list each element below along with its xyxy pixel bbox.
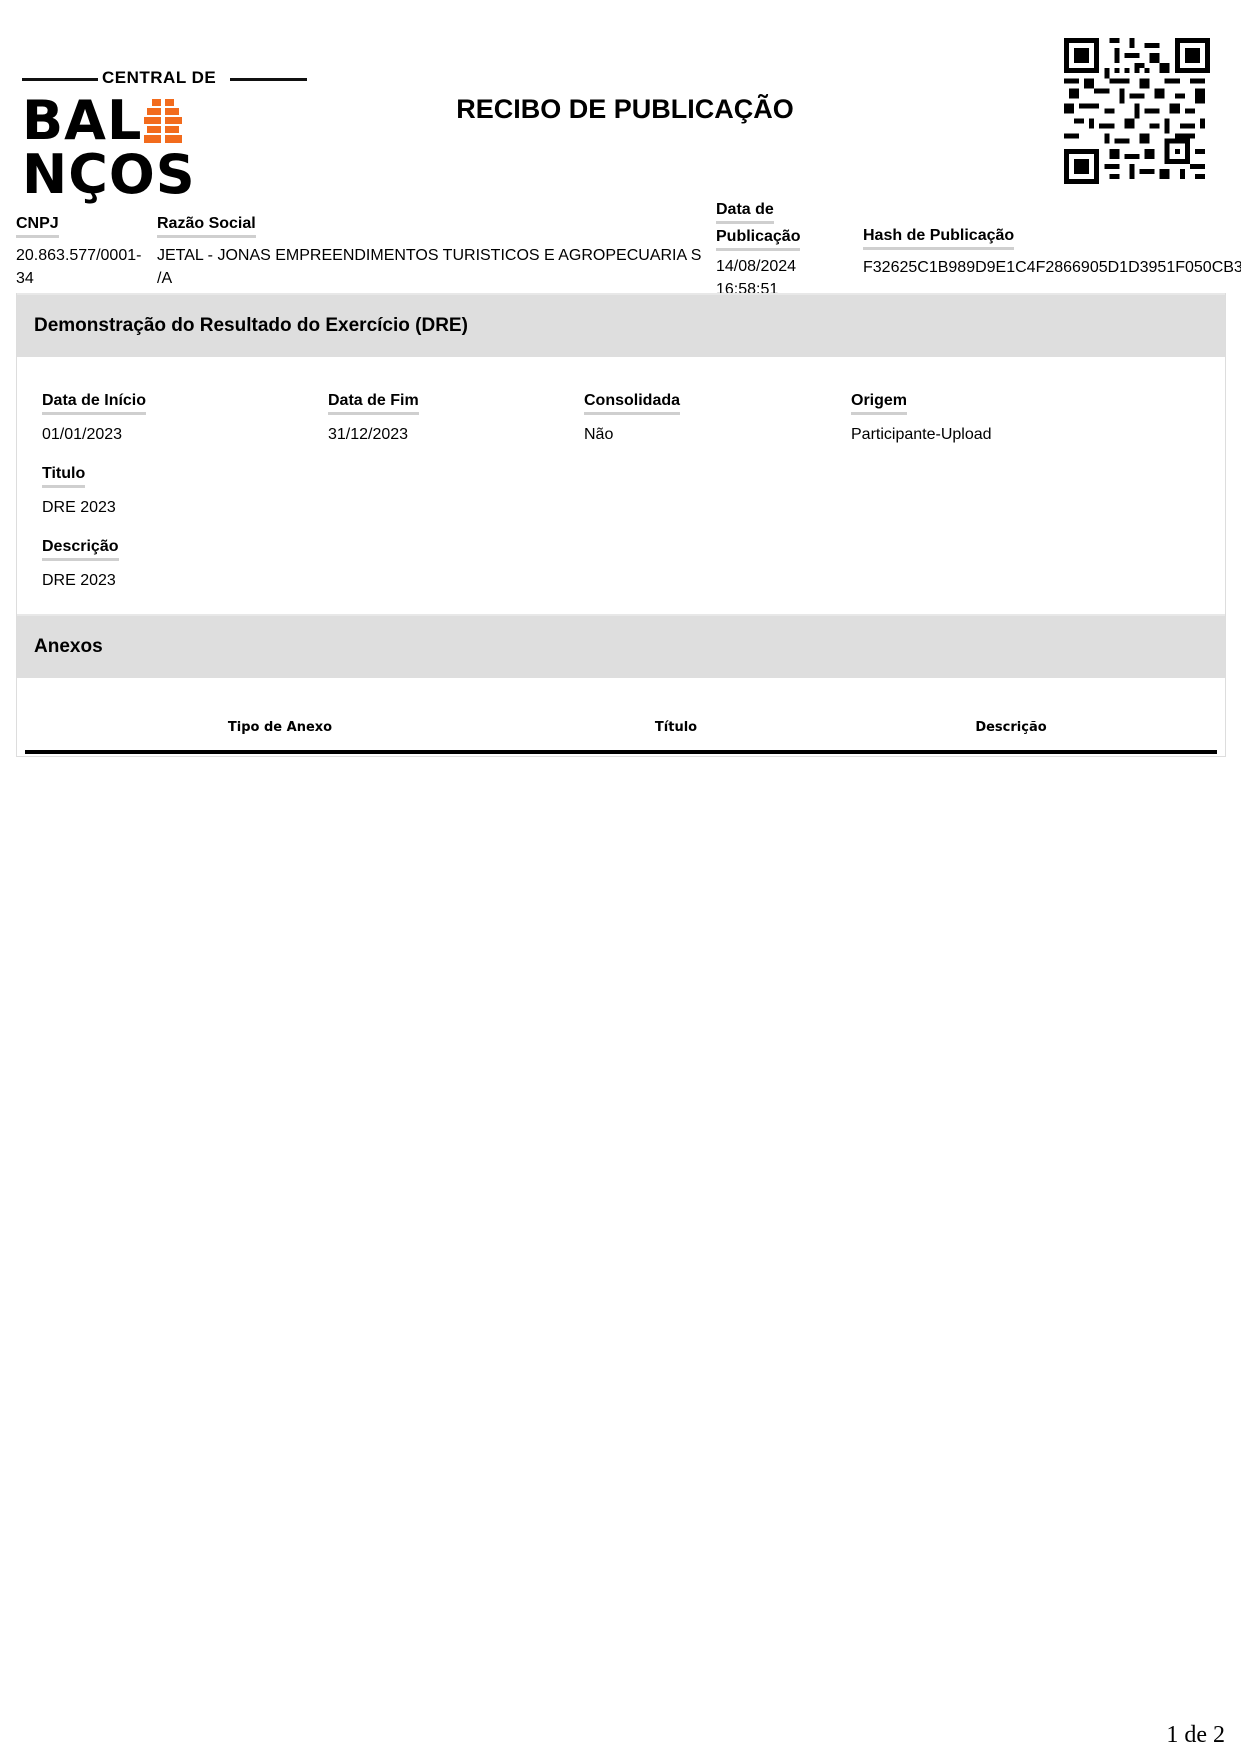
publication-meta: CNPJ 20.863.577/0001- 34 Razão Social JE…: [16, 214, 1226, 294]
anexos-section: Anexos Tipo de Anexo Título Descrição: [16, 614, 1226, 757]
qr-code-icon: [1064, 38, 1210, 184]
logo-text-right: NÇOS: [22, 143, 196, 206]
data-fim-field: Data de Fim 31/12/2023: [328, 391, 419, 446]
hash-label: Hash de Publicação: [863, 226, 1014, 250]
descricao-label: Descrição: [42, 537, 119, 561]
column-tipo-de-anexo: Tipo de Anexo: [228, 720, 332, 735]
dre-section: Demonstração do Resultado do Exercício (…: [16, 293, 1226, 615]
cnpj-value-line1: 20.863.577/0001-: [16, 244, 146, 267]
origem-label: Origem: [851, 391, 907, 415]
razao-social-value-line1: JETAL - JONAS EMPREENDIMENTOS TURISTICOS…: [157, 244, 707, 267]
hash-value: F32625C1B989D9E1C4F2866905D1D3951F050CB3: [863, 256, 1233, 279]
data-fim-value: 31/12/2023: [328, 423, 419, 446]
origem-value: Participante-Upload: [851, 423, 992, 446]
data-publicacao-label-line1: Data de: [716, 200, 774, 224]
cnpj-value-line2: 34: [16, 267, 146, 290]
titulo-value: DRE 2023: [42, 496, 116, 519]
logo-rule-right: [230, 78, 307, 81]
data-inicio-value: 01/01/2023: [42, 423, 146, 446]
cnpj-label: CNPJ: [16, 214, 59, 238]
data-fim-label: Data de Fim: [328, 391, 419, 415]
consolidada-field: Consolidada Não: [584, 391, 680, 446]
anexos-section-heading: Anexos: [17, 614, 1225, 678]
descricao-field: Descrição DRE 2023: [42, 537, 119, 592]
page-indicator: 1 de 2: [1166, 1722, 1225, 1749]
data-inicio-label: Data de Início: [42, 391, 146, 415]
logo-main-text: BAL NÇOS: [22, 94, 307, 202]
page-title: RECIBO DE PUBLICAÇÃO: [400, 94, 850, 125]
data-publicacao-label-line2: Publicação: [716, 227, 800, 251]
titulo-label: Titulo: [42, 464, 85, 488]
origem-field: Origem Participante-Upload: [851, 391, 992, 446]
logo-top-text: CENTRAL DE: [102, 68, 216, 88]
logo-rule-left: [22, 78, 98, 81]
titulo-field: Titulo DRE 2023: [42, 464, 116, 519]
descricao-value: DRE 2023: [42, 569, 119, 592]
data-publicacao-field: Data de Publicação 14/08/2024 16:58:51: [716, 200, 856, 301]
razao-social-value-line2: /A: [157, 267, 707, 290]
dre-section-heading: Demonstração do Resultado do Exercício (…: [17, 293, 1225, 357]
consolidada-value: Não: [584, 423, 680, 446]
column-descricao: Descrição: [975, 720, 1046, 735]
data-inicio-field: Data de Início 01/01/2023: [42, 391, 146, 446]
razao-social-field: Razão Social JETAL - JONAS EMPREENDIMENT…: [157, 214, 707, 290]
column-titulo: Título: [655, 720, 697, 735]
anexos-table-header: Tipo de Anexo Título Descrição: [25, 710, 1217, 754]
hash-field: Hash de Publicação F32625C1B989D9E1C4F28…: [863, 226, 1233, 279]
cnpj-field: CNPJ 20.863.577/0001- 34: [16, 214, 146, 290]
razao-social-label: Razão Social: [157, 214, 256, 238]
central-de-balancos-logo: CENTRAL DE BAL NÇOS: [22, 68, 307, 154]
consolidada-label: Consolidada: [584, 391, 680, 415]
logo-bars-icon: [144, 99, 182, 143]
